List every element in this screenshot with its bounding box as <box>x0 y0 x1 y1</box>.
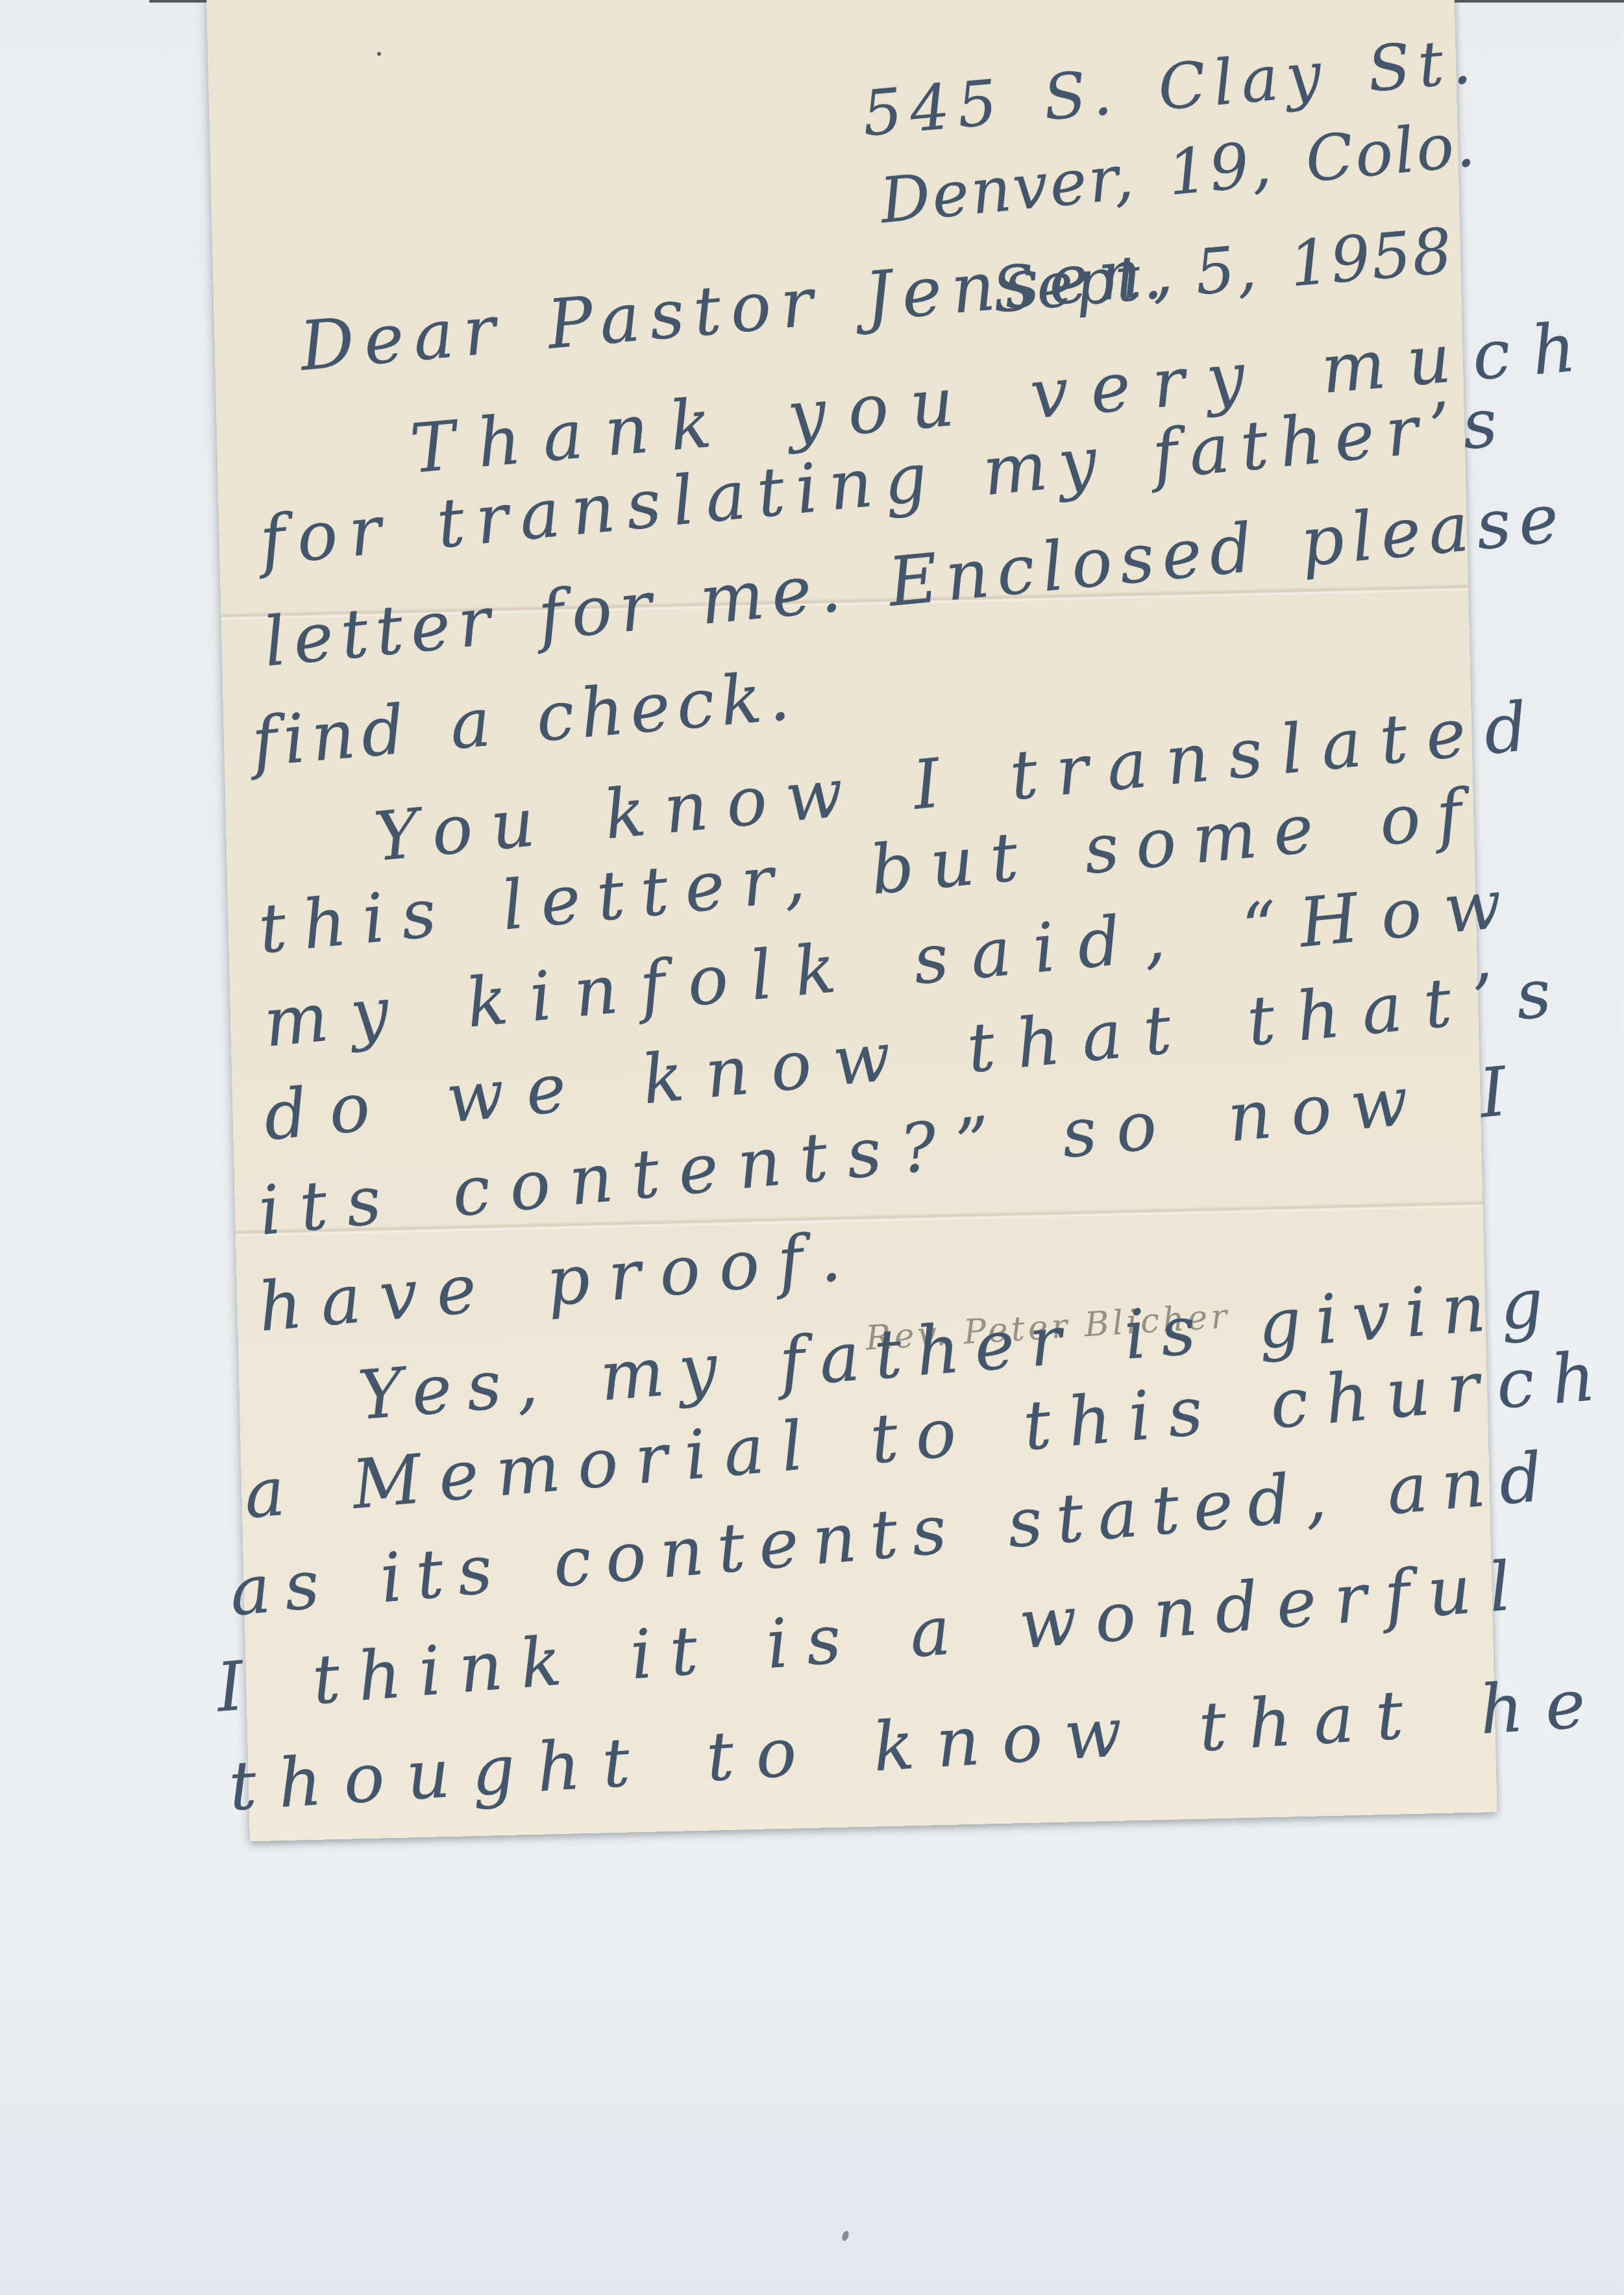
dust-speck <box>377 52 381 56</box>
dust-speck <box>841 2230 850 2242</box>
scanned-letter: 545 S. Clay St. Denver, 19, Colo. Sept. … <box>0 0 1624 2295</box>
